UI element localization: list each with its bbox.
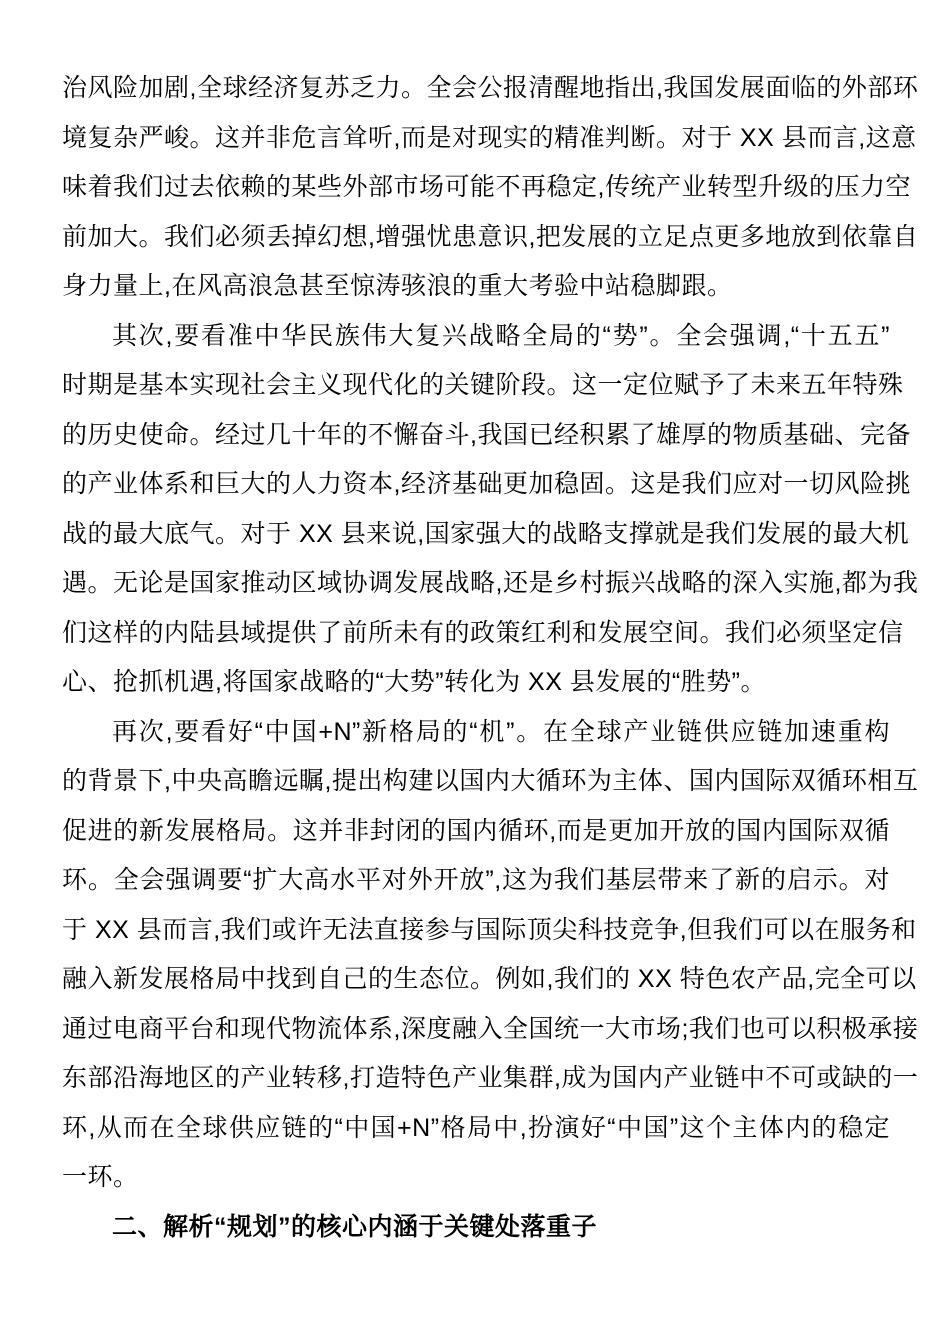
paragraph: 再次,要看好“中国+N”新格局的“机”。在全球产业链供应链加速重构的背景下,中央…	[62, 708, 890, 1203]
text-line: 境复杂严峻。这并非危言耸听,而是对现实的精准判断。对于 XX 县而言,这意	[62, 114, 890, 164]
text-line: 其次,要看准中华民族伟大复兴战略全局的“势”。全会强调,“十五五”	[62, 312, 890, 362]
text-line: 一环。	[62, 1153, 890, 1203]
text-line: 环。全会强调要“扩大高水平对外开放”,这为我们基层带来了新的启示。对	[62, 856, 890, 906]
paragraph: 其次,要看准中华民族伟大复兴战略全局的“势”。全会强调,“十五五”时期是基本实现…	[62, 312, 890, 708]
document-body: 治风险加剧,全球经济复苏乏力。全会公报清醒地指出,我国发展面临的外部环境复杂严峻…	[62, 64, 890, 1252]
text-line: 二、解析“规划”的核心内涵于关键处落重子	[62, 1203, 890, 1253]
text-line: 融入新发展格局中找到自己的生态位。例如,我们的 XX 特色农产品,完全可以	[62, 955, 890, 1005]
text-line: 的背景下,中央高瞻远瞩,提出构建以国内大循环为主体、国内国际双循环相互	[62, 757, 890, 807]
text-line: 的产业体系和巨大的人力资本,经济基础更加稳固。这是我们应对一切风险挑	[62, 460, 890, 510]
text-line: 战的最大底气。对于 XX 县来说,国家强大的战略支撑就是我们发展的最大机	[62, 510, 890, 560]
text-line: 通过电商平台和现代物流体系,深度融入全国统一大市场;我们也可以积极承接	[62, 1005, 890, 1055]
section-heading: 二、解析“规划”的核心内涵于关键处落重子	[62, 1203, 890, 1253]
text-line: 东部沿海地区的产业转移,打造特色产业集群,成为国内产业链中不可或缺的一	[62, 1054, 890, 1104]
text-line: 味着我们过去依赖的某些外部市场可能不再稳定,传统产业转型升级的压力空	[62, 163, 890, 213]
text-line: 环,从而在全球供应链的“中国+N”格局中,扮演好“中国”这个主体内的稳定	[62, 1104, 890, 1154]
text-line: 时期是基本实现社会主义现代化的关键阶段。这一定位赋予了未来五年特殊	[62, 361, 890, 411]
text-line: 治风险加剧,全球经济复苏乏力。全会公报清醒地指出,我国发展面临的外部环	[62, 64, 890, 114]
paragraph: 治风险加剧,全球经济复苏乏力。全会公报清醒地指出,我国发展面临的外部环境复杂严峻…	[62, 64, 890, 312]
text-line: 们这样的内陆县域提供了前所未有的政策红利和发展空间。我们必须坚定信	[62, 609, 890, 659]
text-line: 的历史使命。经过几十年的不懈奋斗,我国已经积累了雄厚的物质基础、完备	[62, 411, 890, 461]
document-page: 治风险加剧,全球经济复苏乏力。全会公报清醒地指出,我国发展面临的外部环境复杂严峻…	[0, 0, 950, 1344]
text-line: 遇。无论是国家推动区域协调发展战略,还是乡村振兴战略的深入实施,都为我	[62, 559, 890, 609]
text-line: 于 XX 县而言,我们或许无法直接参与国际顶尖科技竞争,但我们可以在服务和	[62, 906, 890, 956]
text-line: 促进的新发展格局。这并非封闭的国内循环,而是更加开放的国内国际双循	[62, 807, 890, 857]
text-line: 再次,要看好“中国+N”新格局的“机”。在全球产业链供应链加速重构	[62, 708, 890, 758]
text-line: 前加大。我们必须丢掉幻想,增强忧患意识,把发展的立足点更多地放到依靠自	[62, 213, 890, 263]
text-line: 心、抢抓机遇,将国家战略的“大势”转化为 XX 县发展的“胜势”。	[62, 658, 890, 708]
text-line: 身力量上,在风高浪急甚至惊涛骇浪的重大考验中站稳脚跟。	[62, 262, 890, 312]
